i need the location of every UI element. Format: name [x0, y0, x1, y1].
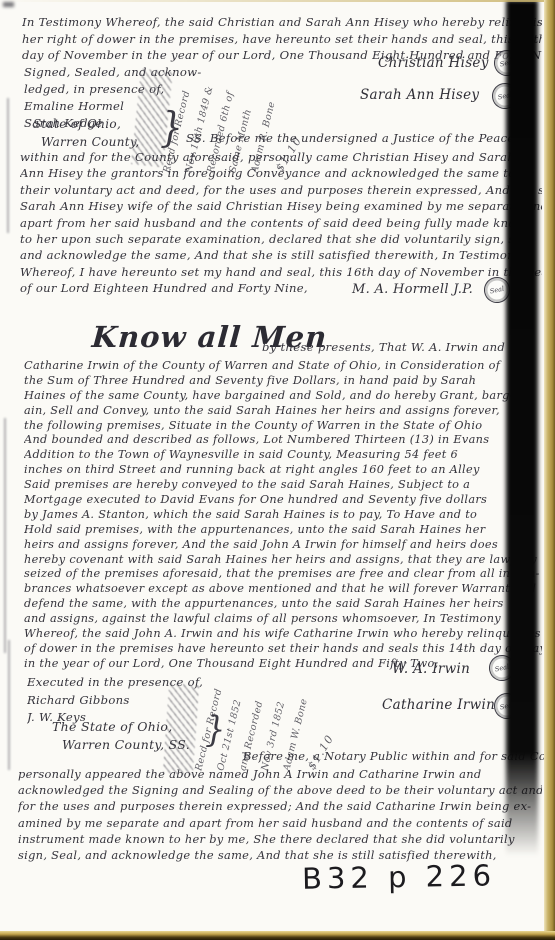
deed-body-paragraph: Catharine Irwin of the County of Warren …	[24, 359, 542, 672]
frame-edge-bottom	[0, 931, 555, 940]
handwritten-line: hereby covenant with said Sarah Haines h…	[24, 553, 542, 568]
handwritten-line: defend the same, with the appurtenances,…	[24, 597, 542, 612]
handwritten-line: brances whatsoever except as above menti…	[24, 582, 542, 597]
handwritten-line: And bounded and described as follows, Lo…	[24, 433, 542, 448]
handwritten-line: for the uses and purposes therein expres…	[18, 798, 542, 814]
handwritten-line: Ann Hisey the grantors in foregoing Conv…	[20, 165, 542, 181]
handwritten-line: instrument made known to her by me, She …	[18, 831, 542, 847]
page-fold-line	[7, 98, 9, 233]
handwritten-line: Sarah Ann Hisey wife of the said Christi…	[20, 198, 542, 214]
signature-wa-irwin: W. A. Irwin	[392, 661, 470, 677]
handwritten-line: by James A. Stanton, which the said Sara…	[24, 508, 542, 523]
handwritten-line: Mortgage executed to David Evans for One…	[24, 493, 542, 508]
signature-justice-of-peace: M. A. Hormell J.P.	[352, 282, 473, 297]
brace-flourish: }	[160, 105, 183, 152]
handwritten-line: In Testimony Whereof, the said Christian…	[22, 14, 542, 31]
handwritten-line: Addition to the Town of Waynesville in s…	[24, 448, 542, 463]
handwritten-line: her right of dower in the premises, have…	[22, 31, 542, 48]
book-gutter-shadow	[506, 0, 538, 856]
acknowledgment-2-paragraph: personally appeared the above named John…	[18, 766, 542, 863]
acknowledgment-1-paragraph: within and for the County aforesaid, per…	[20, 149, 542, 297]
scan-smudge	[3, 2, 14, 7]
handwritten-line: seized of the premises aforesaid, that t…	[24, 567, 542, 582]
handwritten-line: and acknowledge the same, And that she i…	[20, 247, 542, 263]
signature-catharine-irwin: Catharine Irwin	[382, 697, 495, 713]
signature-christian-hisey: Christian Hisey	[378, 55, 489, 71]
handwritten-line: within and for the County aforesaid, per…	[20, 149, 542, 165]
frame-edge-right	[544, 0, 555, 940]
handwritten-line: Catharine Irwin of the County of Warren …	[24, 359, 542, 374]
handwritten-line: heirs and assigns forever, And the said …	[24, 538, 542, 553]
handwritten-line: Hold said premises, with the appurtenanc…	[24, 523, 542, 538]
handwritten-line: the following premises, Situate in the C…	[24, 419, 542, 434]
warren-county-line-2: Warren County, SS.	[62, 737, 190, 752]
frame-edge-top	[0, 0, 555, 2]
warren-county-line-1: Warren County,	[41, 135, 139, 149]
handwritten-line: Haines of the same County, have bargaine…	[24, 389, 542, 404]
page-fold-line	[8, 640, 10, 770]
page-fold-line	[4, 418, 6, 653]
handwritten-line: ain, Sell and Convey, unto the said Sara…	[24, 404, 542, 419]
handwritten-line: amined by me separate and apart from her…	[18, 815, 542, 831]
scanned-deed-page: In Testimony Whereof, the said Christian…	[0, 0, 555, 940]
handwritten-line: Whereof, I have hereunto set my hand and…	[20, 264, 542, 280]
handwritten-line: and assigns, against the lawful claims o…	[24, 612, 542, 627]
signature-sarah-ann-hisey: Sarah Ann Hisey	[360, 87, 479, 103]
handwritten-line: personally appeared the above named John…	[18, 766, 542, 782]
handwritten-line: to her upon such separate examination, d…	[20, 231, 542, 247]
deed-heading-continuation: by these presents, That W. A. Irwin and	[262, 340, 505, 354]
handwritten-line: their voluntary act and deed, for the us…	[20, 182, 542, 198]
handwritten-line: acknowledged the Signing and Sealing of …	[18, 782, 542, 798]
handwritten-line: the Sum of Three Hundred and Seventy fiv…	[24, 374, 542, 389]
ack1-opening-line: SS. Before me the undersigned a Justice …	[186, 131, 515, 145]
state-of-ohio-line-2: The State of Ohio,	[52, 719, 173, 734]
brace-flourish: }	[205, 708, 226, 750]
archive-reference-note: B32 p 226	[302, 858, 497, 895]
state-of-ohio-line-1: State of Ohio,	[33, 117, 121, 131]
handwritten-line: inches on third Street and running back …	[24, 463, 542, 478]
handwritten-line: apart from her said husband and the cont…	[20, 215, 542, 231]
handwritten-line: Said premises are hereby conveyed to the…	[24, 478, 542, 493]
